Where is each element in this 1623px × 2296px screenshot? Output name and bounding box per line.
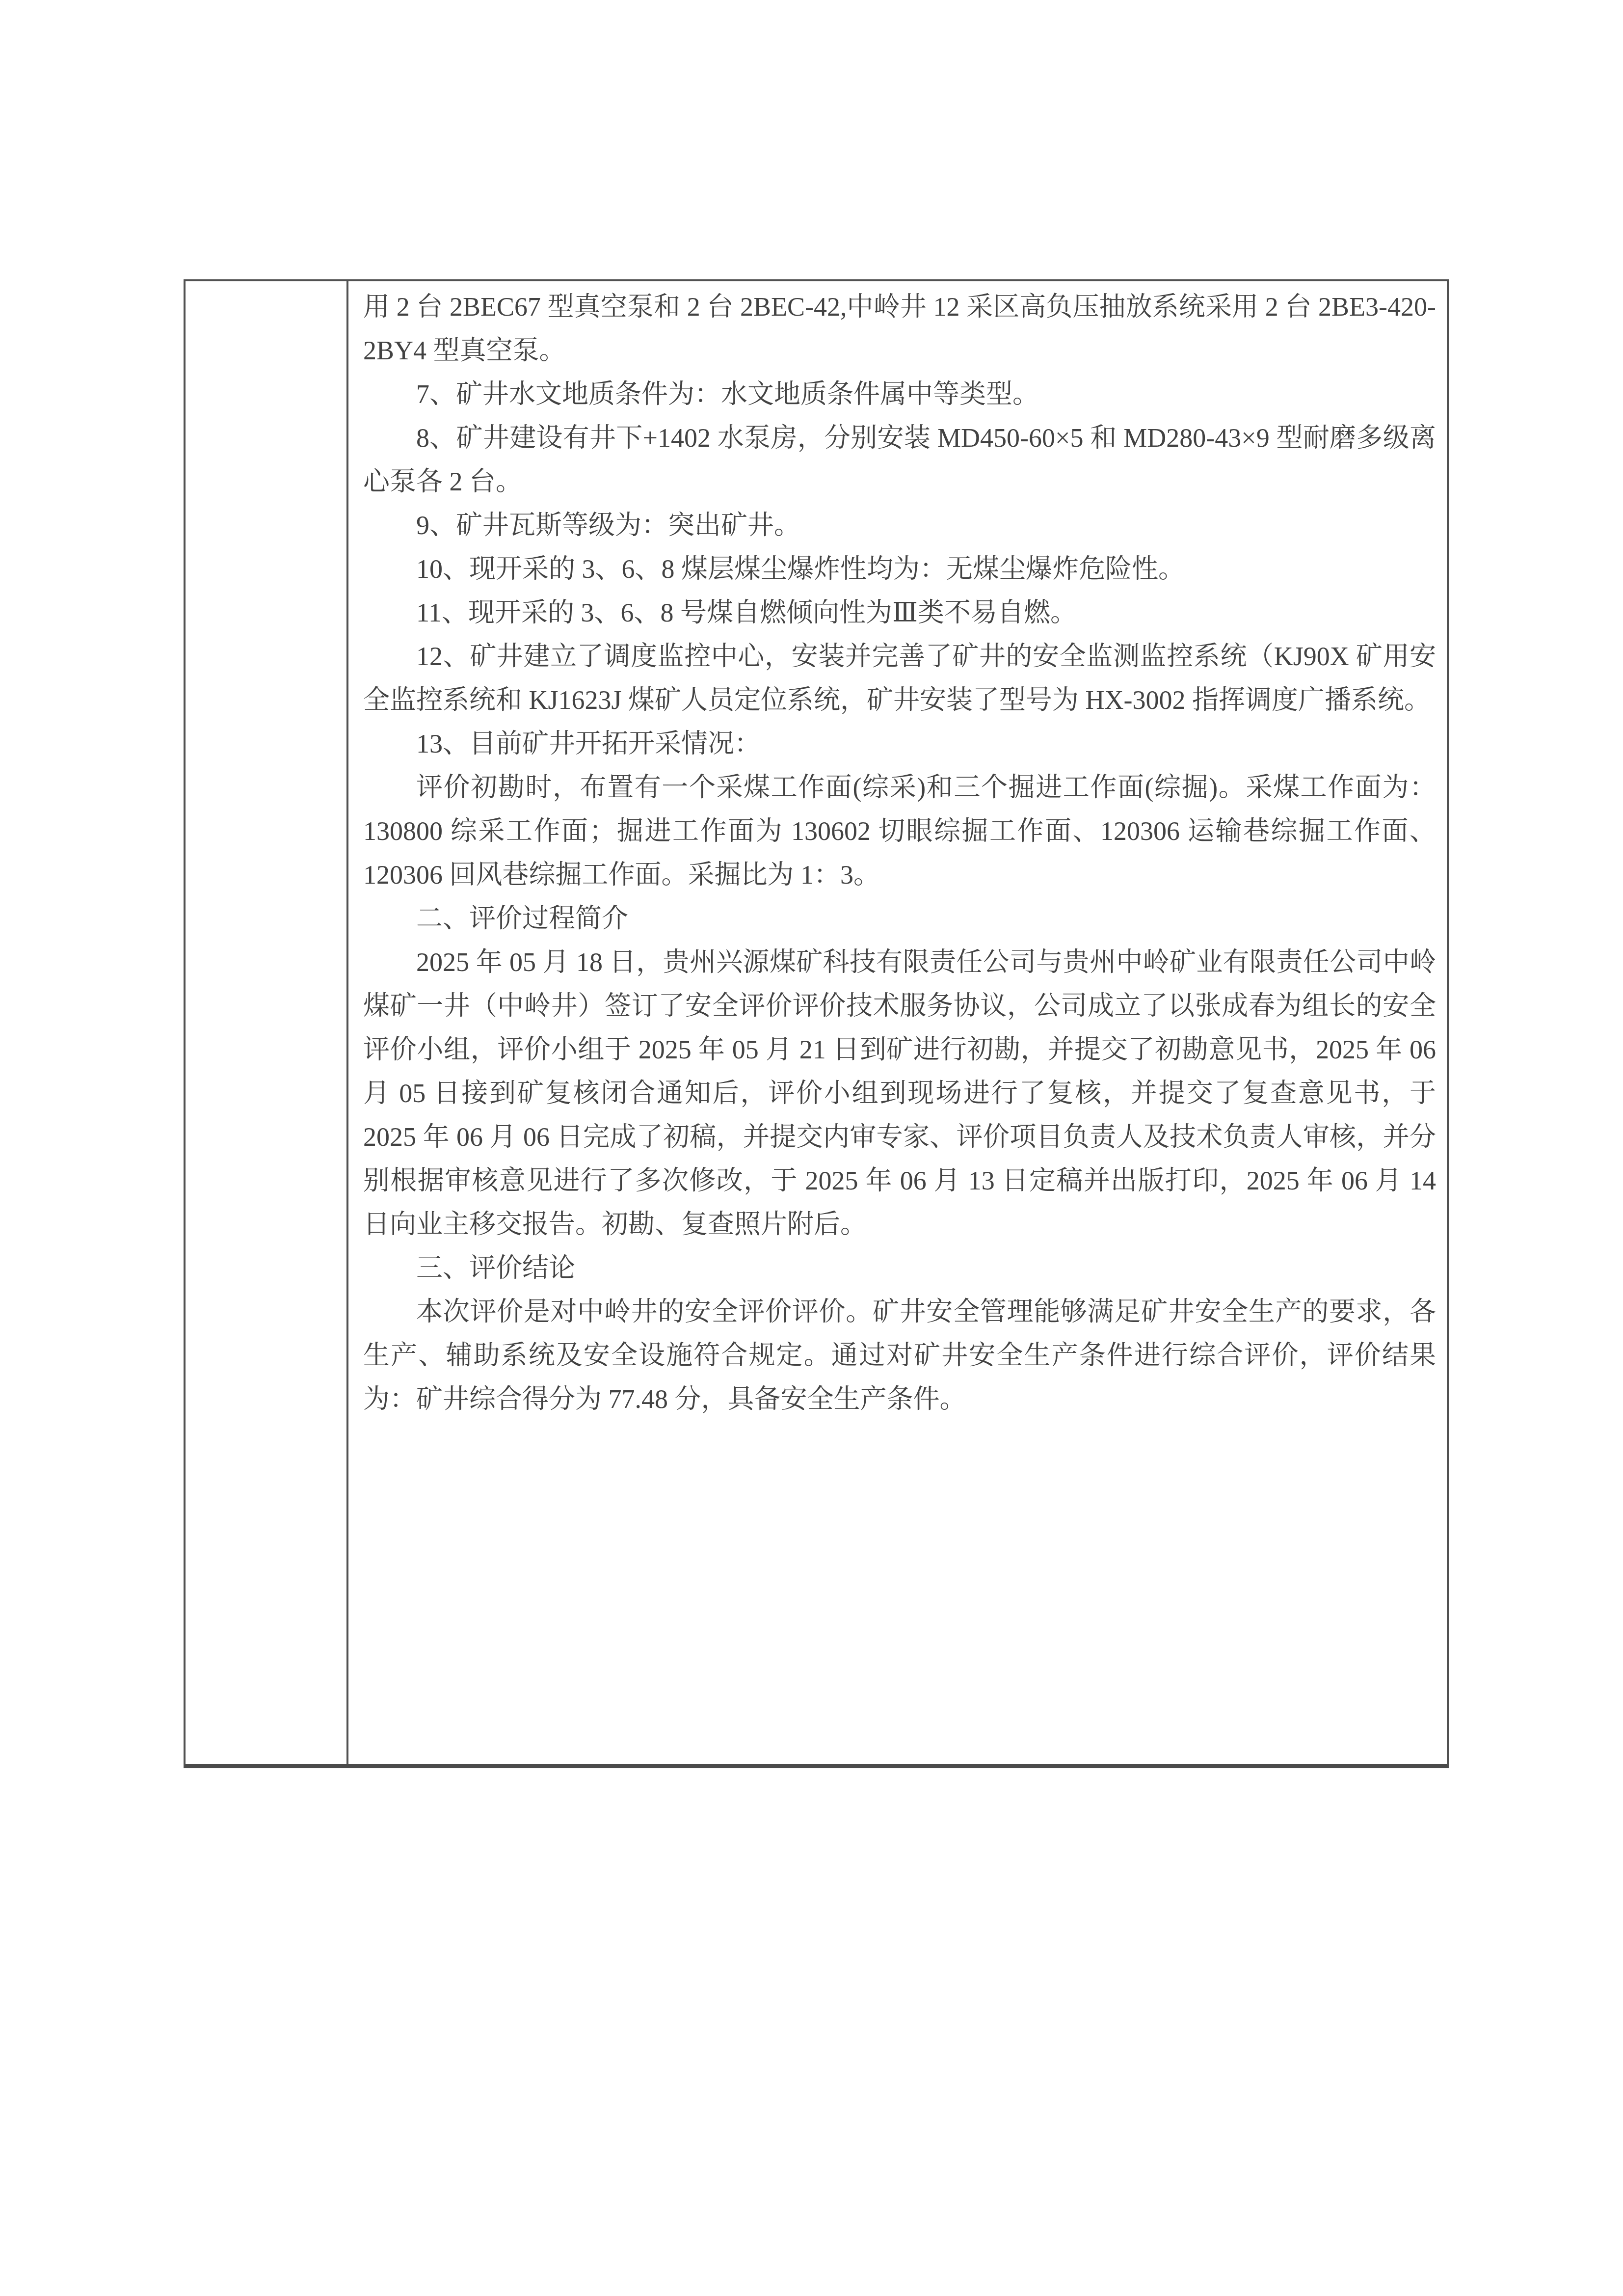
paragraph-item-13: 13、目前矿井开拓开采情况：	[363, 722, 1436, 766]
heading-section-2: 二、评价过程简介	[363, 897, 1436, 941]
paragraph-item-8: 8、矿井建设有井下+1402 水泵房，分别安装 MD450-60×5 和 MD2…	[363, 416, 1436, 504]
paragraph-conclusion: 本次评价是对中岭井的安全评价评价。矿井安全管理能够满足矿井安全生产的要求，各生产…	[363, 1290, 1436, 1421]
paragraph-item-12: 12、矿井建立了调度监控中心，安装并完善了矿井的安全监测监控系统（KJ90X 矿…	[363, 635, 1436, 722]
paragraph-mining-faces: 评价初勘时，布置有一个采煤工作面(综采)和三个掘进工作面(综掘)。采煤工作面为：…	[363, 766, 1436, 897]
paragraph-item-11: 11、现开采的 3、6、8 号煤自燃倾向性为Ⅲ类不易自燃。	[363, 591, 1436, 635]
paragraph-item-7: 7、矿井水文地质条件为：水文地质条件属中等类型。	[363, 373, 1436, 416]
report-table: 用 2 台 2BEC67 型真空泵和 2 台 2BEC-42,中岭井 12 采区…	[184, 279, 1449, 1768]
table-left-cell	[186, 281, 348, 1764]
paragraph-evaluation-process: 2025 年 05 月 18 日，贵州兴源煤矿科技有限责任公司与贵州中岭矿业有限…	[363, 941, 1436, 1246]
document-page: 用 2 台 2BEC67 型真空泵和 2 台 2BEC-42,中岭井 12 采区…	[0, 0, 1623, 2296]
heading-section-3: 三、评价结论	[363, 1246, 1436, 1290]
paragraph-item-9: 9、矿井瓦斯等级为：突出矿井。	[363, 504, 1436, 547]
paragraph-pump-systems: 用 2 台 2BEC67 型真空泵和 2 台 2BEC-42,中岭井 12 采区…	[363, 285, 1436, 373]
table-content-cell: 用 2 台 2BEC67 型真空泵和 2 台 2BEC-42,中岭井 12 采区…	[348, 281, 1447, 1764]
paragraph-item-10: 10、现开采的 3、6、8 煤层煤尘爆炸性均为：无煤尘爆炸危险性。	[363, 547, 1436, 591]
